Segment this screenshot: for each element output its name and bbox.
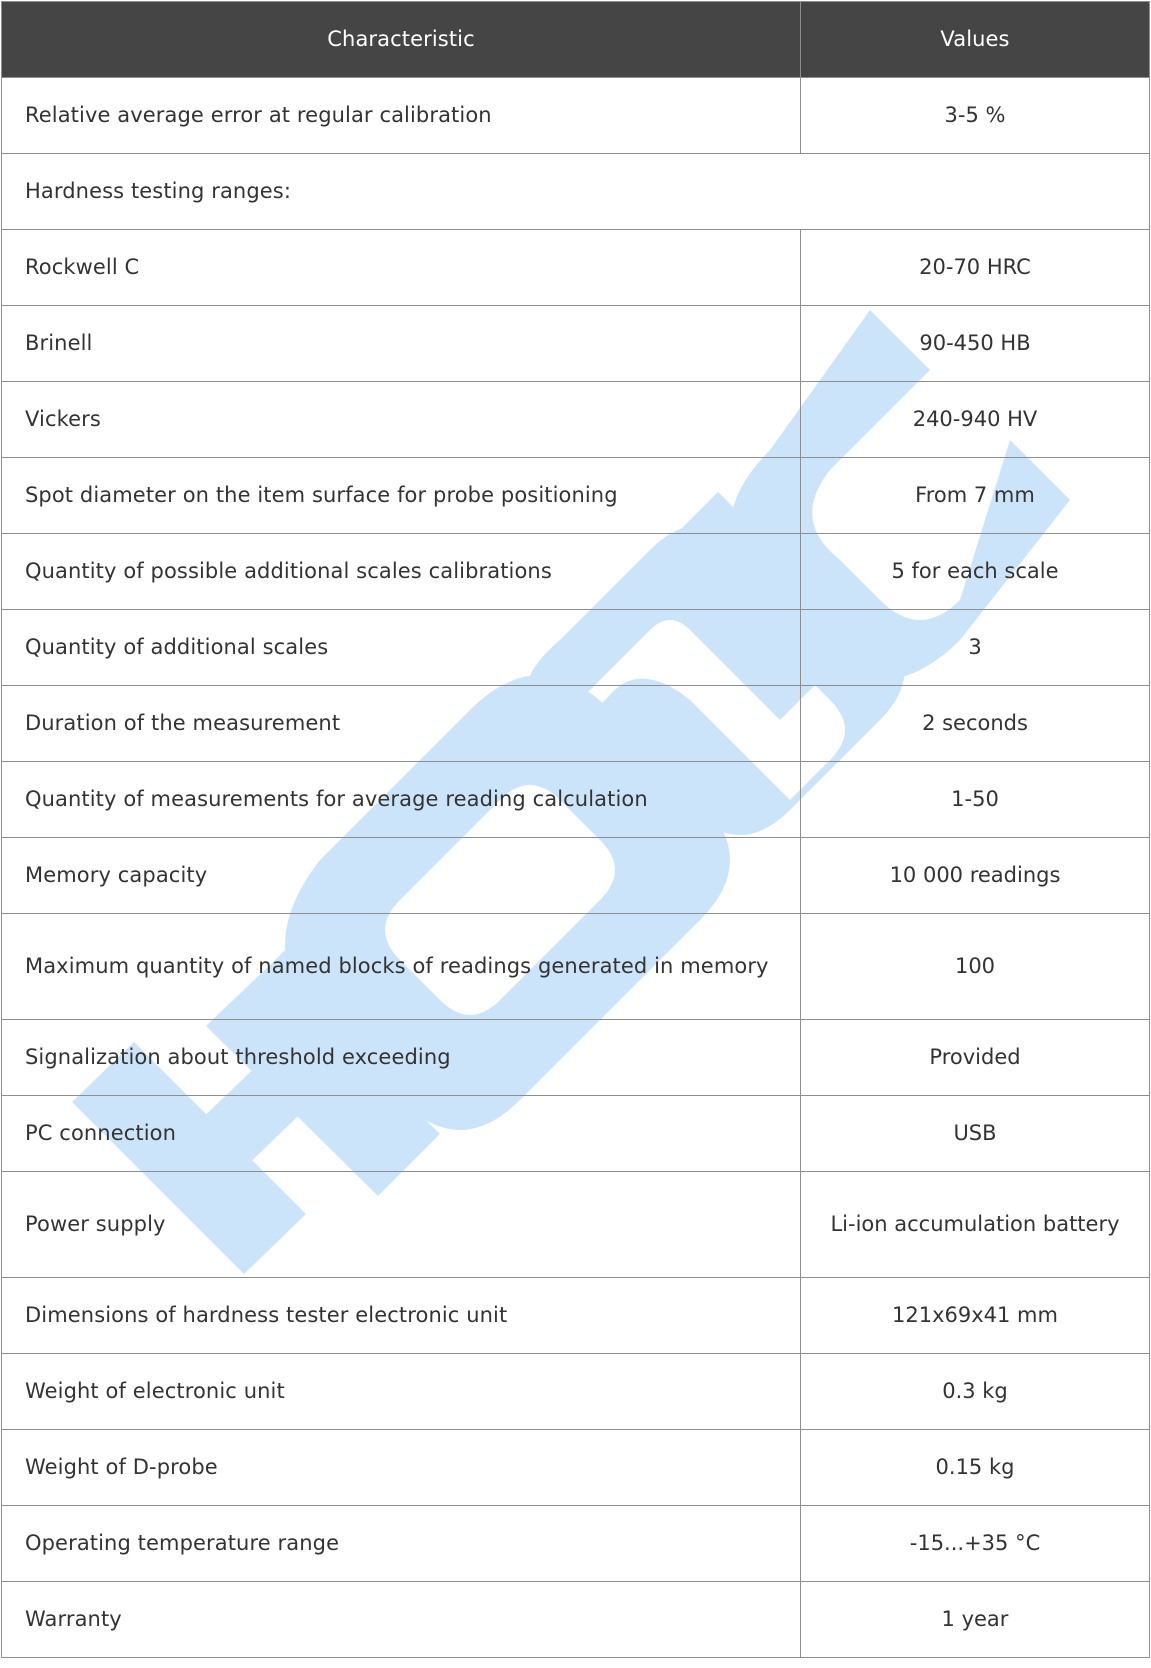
spec-table-container: Characteristic Values Relative average e… (0, 0, 1151, 1668)
table-row: Quantity of possible additional scales c… (2, 534, 1150, 610)
characteristic-cell: Rockwell C (2, 230, 801, 306)
table-row: Signalization about threshold exceedingP… (2, 1020, 1150, 1096)
value-cell: USB (801, 1096, 1150, 1172)
value-cell: 10 000 readings (801, 838, 1150, 914)
value-cell: From 7 mm (801, 458, 1150, 534)
characteristic-cell: Brinell (2, 306, 801, 382)
value-cell: Provided (801, 1020, 1150, 1096)
characteristic-cell: Duration of the measurement (2, 686, 801, 762)
characteristic-cell: PC connection (2, 1096, 801, 1172)
characteristic-cell: Signalization about threshold exceeding (2, 1020, 801, 1096)
table-row: Spot diameter on the item surface for pr… (2, 458, 1150, 534)
table-row: Warranty1 year (2, 1582, 1150, 1658)
specifications-table: Characteristic Values Relative average e… (1, 1, 1150, 1658)
table-row: Maximum quantity of named blocks of read… (2, 914, 1150, 1020)
section-heading: Hardness testing ranges: (2, 154, 1150, 230)
table-row: Quantity of additional scales3 (2, 610, 1150, 686)
column-header-values: Values (801, 2, 1150, 78)
value-cell: 5 for each scale (801, 534, 1150, 610)
value-cell: 121x69x41 mm (801, 1278, 1150, 1354)
table-row: Quantity of measurements for average rea… (2, 762, 1150, 838)
table-header-row: Characteristic Values (2, 2, 1150, 78)
table-row: Relative average error at regular calibr… (2, 78, 1150, 154)
value-cell: -15...+35 °C (801, 1506, 1150, 1582)
characteristic-cell: Quantity of possible additional scales c… (2, 534, 801, 610)
characteristic-cell: Memory capacity (2, 838, 801, 914)
characteristic-cell: Quantity of additional scales (2, 610, 801, 686)
value-cell: 1-50 (801, 762, 1150, 838)
value-cell: 100 (801, 914, 1150, 1020)
value-cell: 3-5 % (801, 78, 1150, 154)
table-row: Weight of electronic unit0.3 kg (2, 1354, 1150, 1430)
table-row: Dimensions of hardness tester electronic… (2, 1278, 1150, 1354)
characteristic-cell: Dimensions of hardness tester electronic… (2, 1278, 801, 1354)
value-cell: Li-ion accumulation battery (801, 1172, 1150, 1278)
value-cell: 1 year (801, 1582, 1150, 1658)
characteristic-cell: Operating temperature range (2, 1506, 801, 1582)
section-row: Hardness testing ranges: (2, 154, 1150, 230)
characteristic-cell: Weight of D-probe (2, 1430, 801, 1506)
value-cell: 240-940 HV (801, 382, 1150, 458)
characteristic-cell: Warranty (2, 1582, 801, 1658)
table-row: Weight of D-probe0.15 kg (2, 1430, 1150, 1506)
value-cell: 90-450 HB (801, 306, 1150, 382)
table-row: Brinell90-450 HB (2, 306, 1150, 382)
table-row: Operating temperature range-15...+35 °C (2, 1506, 1150, 1582)
table-row: Memory capacity10 000 readings (2, 838, 1150, 914)
table-row: Duration of the measurement2 seconds (2, 686, 1150, 762)
table-body: Relative average error at regular calibr… (2, 78, 1150, 1658)
characteristic-cell: Power supply (2, 1172, 801, 1278)
table-row: Power supplyLi-ion accumulation battery (2, 1172, 1150, 1278)
characteristic-cell: Vickers (2, 382, 801, 458)
value-cell: 2 seconds (801, 686, 1150, 762)
characteristic-cell: Weight of electronic unit (2, 1354, 801, 1430)
characteristic-cell: Quantity of measurements for average rea… (2, 762, 801, 838)
column-header-characteristic: Characteristic (2, 2, 801, 78)
table-row: Rockwell C20-70 HRC (2, 230, 1150, 306)
table-row: Vickers240-940 HV (2, 382, 1150, 458)
value-cell: 20-70 HRC (801, 230, 1150, 306)
value-cell: 3 (801, 610, 1150, 686)
table-row: PC connectionUSB (2, 1096, 1150, 1172)
value-cell: 0.3 kg (801, 1354, 1150, 1430)
characteristic-cell: Maximum quantity of named blocks of read… (2, 914, 801, 1020)
value-cell: 0.15 kg (801, 1430, 1150, 1506)
characteristic-cell: Relative average error at regular calibr… (2, 78, 801, 154)
characteristic-cell: Spot diameter on the item surface for pr… (2, 458, 801, 534)
